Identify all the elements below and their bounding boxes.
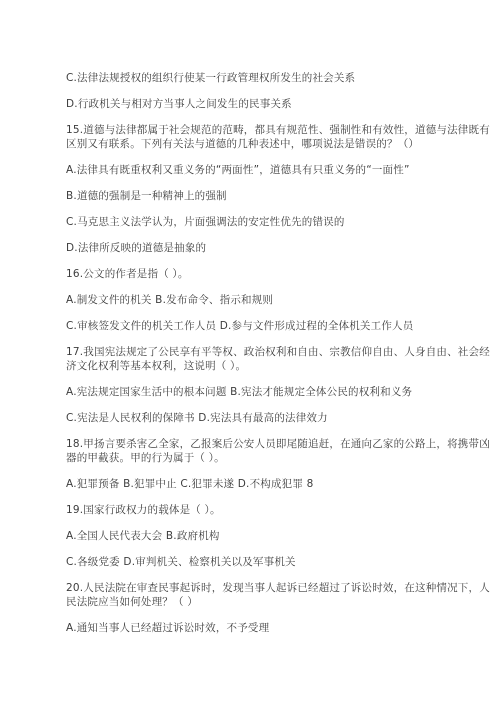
q20-option-a: A.通知当事人已经超过诉讼时效，不予受理 [66,621,457,635]
q15-option-a: A.法律具有既重权利又重义务的“两面性”，道德具有只重义务的“一面性” [66,163,457,177]
document-line: 19.国家行政权力的载体是（ ）。 [66,503,457,517]
document-line: 民法院应当如何处理？（ ） [66,595,457,609]
document-line: 区别又有联系。下列有关法与道德的几种表述中，哪项说法是错误的？（） [66,137,457,151]
document-line: A.全国人民代表大会 B.政府机构 [66,529,457,543]
q17-options-ab: A.宪法规定国家生活中的根本问题 B.宪法才能规定全体公民的权利和义务 [66,385,457,399]
q15-option-b: B.道德的强制是一种精神上的强制 [66,189,457,203]
document-page: C.法律法规授权的组织行使某一行政管理权所发生的社会关系D.行政机关与相对方当事… [0,0,499,706]
document-line: 18.甲扬言要杀害乙全家，乙报案后公安人员即尾随追赶，在通向乙家的公路上，将携带… [66,437,457,451]
document-line: B.道德的强制是一种精神上的强制 [66,189,457,203]
document-line: 器的甲截获。甲的行为属于（ ）。 [66,451,457,465]
q16-options-ab: A.制发文件的机关 B.发布命令、指示和规则 [66,293,457,307]
q16-options-cd: C.审核签发文件的机关工作人员 D.参与文件形成过程的全体机关工作人员 [66,319,457,333]
document-line: C.审核签发文件的机关工作人员 D.参与文件形成过程的全体机关工作人员 [66,319,457,333]
document-line: 16.公文的作者是指（ ）。 [66,267,457,281]
q17-options-cd: C.宪法是人民权利的保障书 D.宪法具有最高的法律效力 [66,411,457,425]
document-line: C.各级党委 D.审判机关、检察机关以及军事机关 [66,555,457,569]
document-line: 20.人民法院在审查民事起诉时，发现当事人起诉已经超过了诉讼时效，在这种情况下，… [66,581,457,595]
q15-option-c: C.马克思主义法学认为，片面强调法的安定性优先的错误的 [66,215,457,229]
document-line: 济文化权利等基本权利，这说明（ ）。 [66,359,457,373]
document-line: A.犯罪预备 B.犯罪中止 C.犯罪未遂 D.不构成犯罪 8 [66,477,457,491]
document-line: A.法律具有既重权利又重义务的“两面性”，道德具有只重义务的“一面性” [66,163,457,177]
document-line: C.宪法是人民权利的保障书 D.宪法具有最高的法律效力 [66,411,457,425]
q15-option-d: D.法律所反映的道德是抽象的 [66,241,457,255]
document-line: 15.道德与法律都属于社会规范的范畴，都具有规范性、强制性和有效性，道德与法律既… [66,123,457,137]
document-line: C.马克思主义法学认为，片面强调法的安定性优先的错误的 [66,215,457,229]
document-line: A.通知当事人已经超过诉讼时效，不予受理 [66,621,457,635]
q18-options: A.犯罪预备 B.犯罪中止 C.犯罪未遂 D.不构成犯罪 8 [66,477,457,491]
q15-question: 15.道德与法律都属于社会规范的范畴，都具有规范性、强制性和有效性，道德与法律既… [66,123,457,151]
document-line: 17.我国宪法规定了公民享有平等权、政治权利和自由、宗教信仰自由、人身自由、社会… [66,345,457,359]
document-line: C.法律法规授权的组织行使某一行政管理权所发生的社会关系 [66,71,457,85]
q17-question: 17.我国宪法规定了公民享有平等权、政治权利和自由、宗教信仰自由、人身自由、社会… [66,345,457,373]
q18-question: 18.甲扬言要杀害乙全家，乙报案后公安人员即尾随追赶，在通向乙家的公路上，将携带… [66,437,457,465]
document-line: D.行政机关与相对方当事人之间发生的民事关系 [66,97,457,111]
document-content: C.法律法规授权的组织行使某一行政管理权所发生的社会关系D.行政机关与相对方当事… [0,0,499,635]
q14-option-c: C.法律法规授权的组织行使某一行政管理权所发生的社会关系 [66,71,457,85]
q19-options-ab: A.全国人民代表大会 B.政府机构 [66,529,457,543]
document-line: D.法律所反映的道德是抽象的 [66,241,457,255]
q19-options-cd: C.各级党委 D.审判机关、检察机关以及军事机关 [66,555,457,569]
q20-question: 20.人民法院在审查民事起诉时，发现当事人起诉已经超过了诉讼时效，在这种情况下，… [66,581,457,609]
document-line: A.制发文件的机关 B.发布命令、指示和规则 [66,293,457,307]
q19-question: 19.国家行政权力的载体是（ ）。 [66,503,457,517]
q14-option-d: D.行政机关与相对方当事人之间发生的民事关系 [66,97,457,111]
q16-question: 16.公文的作者是指（ ）。 [66,267,457,281]
document-line: A.宪法规定国家生活中的根本问题 B.宪法才能规定全体公民的权利和义务 [66,385,457,399]
